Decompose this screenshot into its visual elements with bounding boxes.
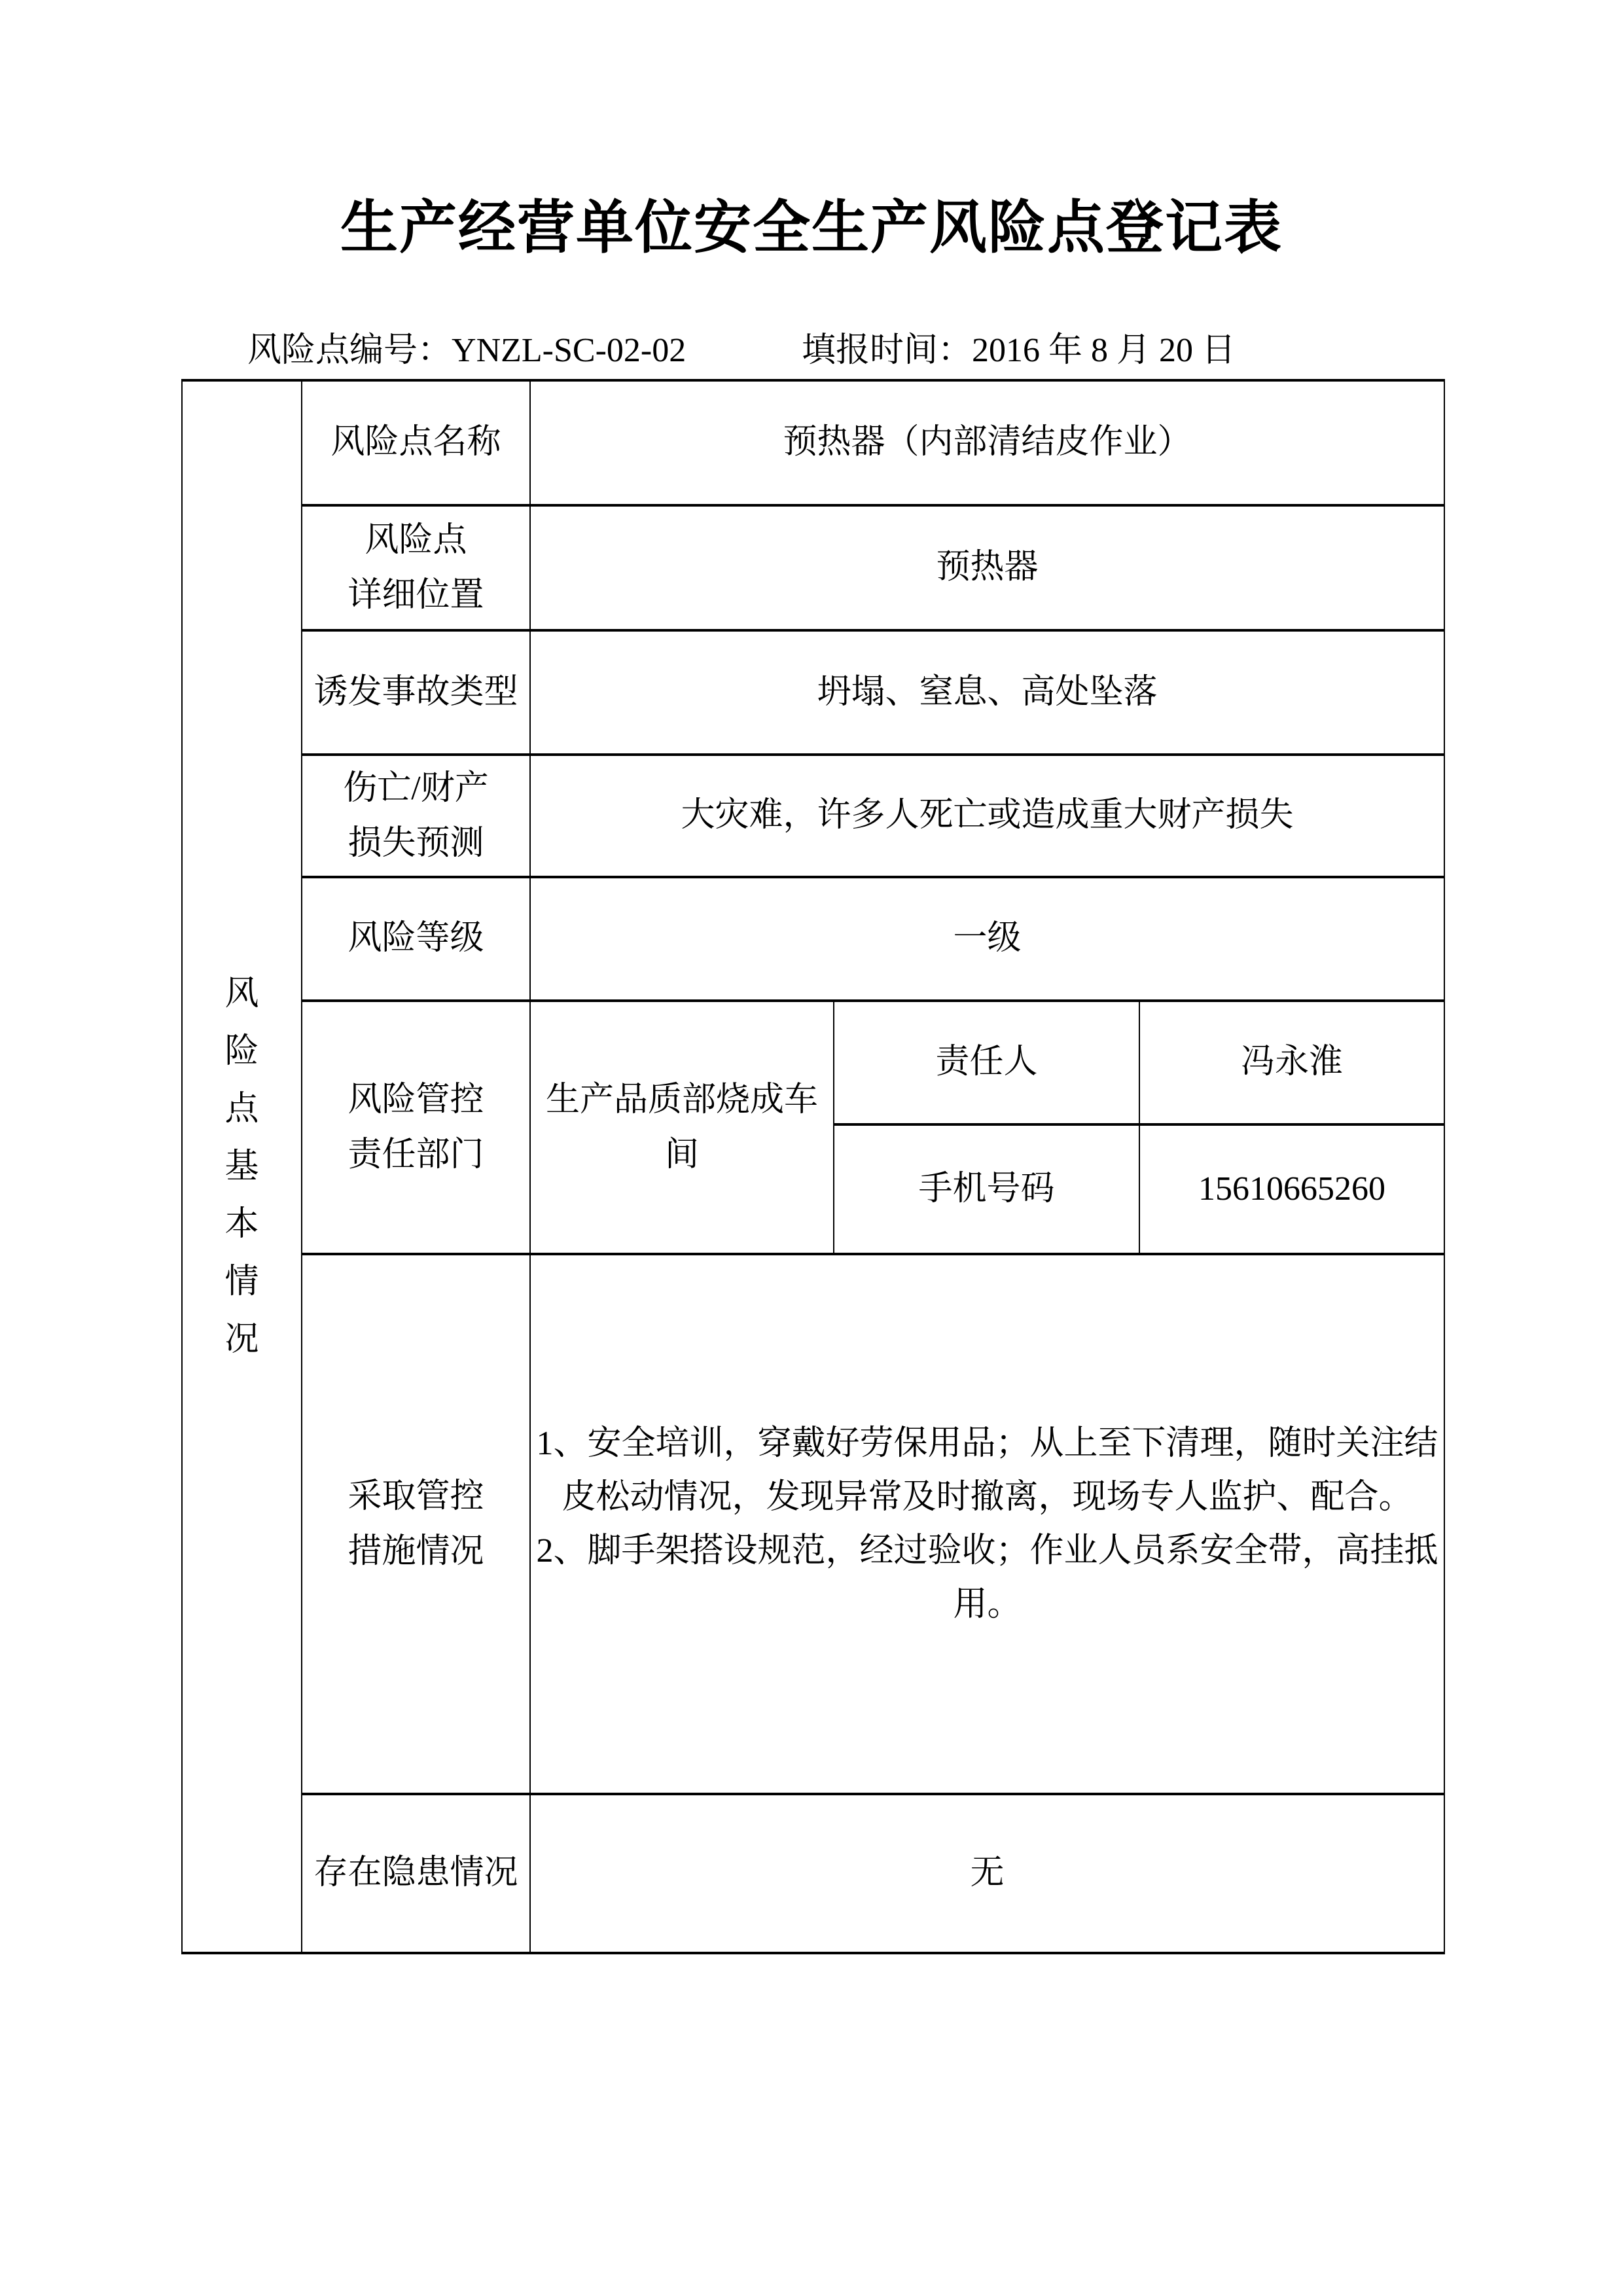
- label-existing-hazards: 存在隐患情况: [302, 1794, 530, 1953]
- row-existing-hazards: 存在隐患情况 无: [182, 1794, 1444, 1953]
- control-measures-line2: 皮松动情况，发现异常及时撤离，现场专人监护、配合。: [531, 1471, 1444, 1524]
- document-page: 生产经营单位安全生产风险点登记表 风险点编号：YNZL-SC-02-02 填报时…: [0, 0, 1623, 2296]
- value-risk-level: 一级: [530, 877, 1444, 1001]
- label-loss-forecast: 伤亡/财产 损失预测: [302, 755, 530, 877]
- value-accident-type: 坍塌、窒息、高处坠落: [530, 630, 1444, 755]
- label-risk-point-name: 风险点名称: [302, 380, 530, 505]
- row-risk-level: 风险等级 一级: [182, 877, 1444, 1001]
- value-phone-number: 15610665260: [1139, 1124, 1444, 1254]
- control-measures-line4: 用。: [531, 1578, 1444, 1632]
- row-control-measures: 采取管控 措施情况 1、安全培训，穿戴好劳保用品；从上至下清理，随时关注结 皮松…: [182, 1254, 1444, 1794]
- fill-date-label: 填报时间：: [802, 332, 972, 369]
- label-detailed-location-line1: 风险点: [302, 513, 529, 568]
- side-header-char: 风: [183, 965, 301, 1023]
- risk-point-number: 风险点编号：YNZL-SC-02-02: [247, 327, 686, 374]
- value-control-measures: 1、安全培训，穿戴好劳保用品；从上至下清理，随时关注结 皮松动情况，发现异常及时…: [530, 1254, 1444, 1794]
- side-header-char: 险: [183, 1023, 301, 1081]
- label-responsible-person: 责任人: [834, 1001, 1139, 1124]
- label-control-measures-line1: 采取管控: [302, 1469, 529, 1524]
- label-detailed-location: 风险点 详细位置: [302, 505, 530, 630]
- side-header-char: 点: [183, 1081, 301, 1138]
- value-responsible-person: 冯永淮: [1139, 1001, 1444, 1124]
- label-loss-forecast-line1: 伤亡/财产: [302, 761, 529, 816]
- page-title: 生产经营单位安全生产风险点登记表: [0, 190, 1623, 268]
- value-existing-hazards: 无: [530, 1794, 1444, 1953]
- row-accident-type: 诱发事故类型 坍塌、窒息、高处坠落: [182, 630, 1444, 755]
- label-accident-type: 诱发事故类型: [302, 630, 530, 755]
- risk-point-number-label: 风险点编号：: [247, 332, 452, 369]
- value-loss-forecast: 大灾难，许多人死亡或造成重大财产损失: [530, 755, 1444, 877]
- row-risk-point-name: 风 险 点 基 本 情 况 风险点名称 预热器（内部清结皮作业）: [182, 380, 1444, 505]
- side-header-char: 基: [183, 1138, 301, 1196]
- row-loss-forecast: 伤亡/财产 损失预测 大灾难，许多人死亡或造成重大财产损失: [182, 755, 1444, 877]
- value-control-department: 生产品质部烧成车 间: [530, 1001, 834, 1254]
- fill-date-value: 2016 年 8 月 20 日: [972, 332, 1236, 369]
- risk-point-number-value: YNZL-SC-02-02: [452, 332, 686, 369]
- value-control-department-line1: 生产品质部烧成车: [531, 1073, 833, 1128]
- label-phone-number: 手机号码: [834, 1124, 1139, 1254]
- side-header-basic-info: 风 险 点 基 本 情 况: [182, 380, 302, 1953]
- risk-registration-table: 风 险 点 基 本 情 况 风险点名称 预热器（内部清结皮作业） 风险点 详细位…: [181, 379, 1445, 1954]
- label-control-department-line2: 责任部门: [302, 1128, 529, 1183]
- side-header-char: 本: [183, 1196, 301, 1253]
- row-control-department-responsible: 风险管控 责任部门 生产品质部烧成车 间 责任人 冯永淮: [182, 1001, 1444, 1124]
- control-measures-line1: 1、安全培训，穿戴好劳保用品；从上至下清理，随时关注结: [531, 1417, 1444, 1471]
- label-detailed-location-line2: 详细位置: [302, 568, 529, 623]
- label-control-department-line1: 风险管控: [302, 1073, 529, 1128]
- side-header-char: 情: [183, 1253, 301, 1311]
- meta-line: 风险点编号：YNZL-SC-02-02 填报时间：2016 年 8 月 20 日: [0, 327, 1623, 377]
- label-loss-forecast-line2: 损失预测: [302, 816, 529, 871]
- label-control-measures-line2: 措施情况: [302, 1524, 529, 1579]
- label-control-department: 风险管控 责任部门: [302, 1001, 530, 1254]
- fill-date: 填报时间：2016 年 8 月 20 日: [802, 327, 1236, 374]
- control-measures-line3: 2、脚手架搭设规范，经过验收；作业人员系安全带，高挂抵: [531, 1524, 1444, 1578]
- row-detailed-location: 风险点 详细位置 预热器: [182, 505, 1444, 630]
- value-control-department-line2: 间: [531, 1128, 833, 1183]
- label-control-measures: 采取管控 措施情况: [302, 1254, 530, 1794]
- side-header-char: 况: [183, 1311, 301, 1369]
- value-detailed-location: 预热器: [530, 505, 1444, 630]
- label-risk-level: 风险等级: [302, 877, 530, 1001]
- value-risk-point-name: 预热器（内部清结皮作业）: [530, 380, 1444, 505]
